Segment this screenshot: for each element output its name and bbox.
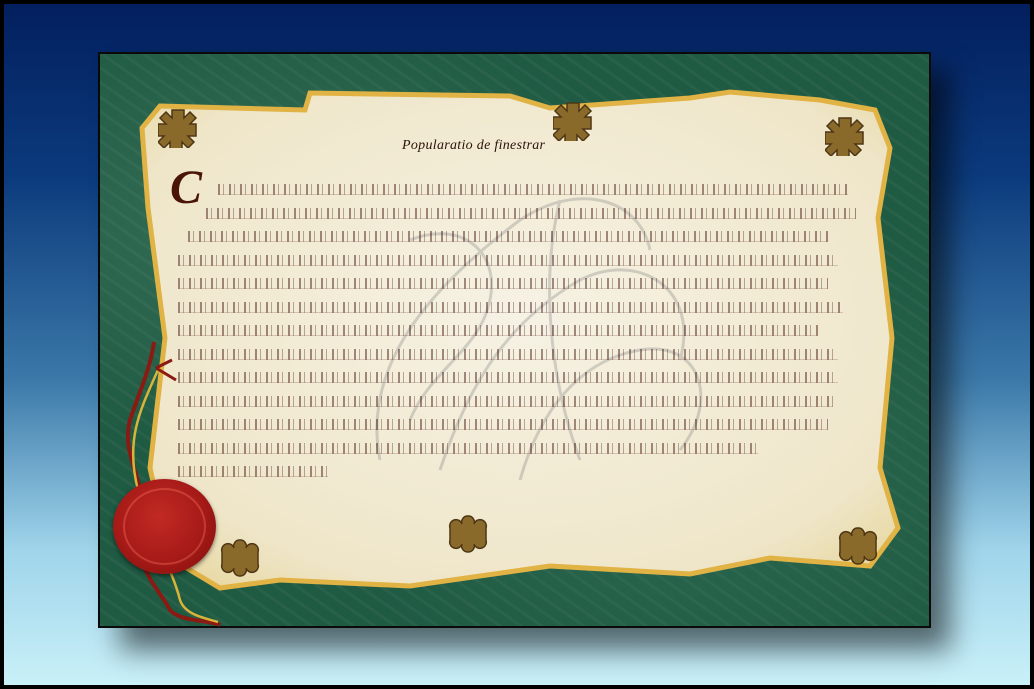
text-line [178,202,868,226]
text-line [178,460,868,484]
text-line [178,343,868,367]
text-line [178,366,868,390]
text-line [178,225,868,249]
text-line [178,319,868,343]
text-line [178,249,868,273]
text-line [178,296,868,320]
gold-cross-ornament-icon [553,101,593,141]
document-heading: Popularatio de finestrar [402,138,545,154]
text-line [178,178,868,202]
gold-cross-ornament-icon [825,116,865,156]
manuscript-text-block [178,178,868,484]
text-line [178,413,868,437]
gold-cross-ornament-icon [158,108,198,148]
gold-cross-ornament-icon [448,514,488,554]
text-line [178,437,868,461]
wax-seal [113,479,216,574]
gold-cross-ornament-icon [838,526,878,566]
text-line [178,272,868,296]
text-line [178,390,868,414]
